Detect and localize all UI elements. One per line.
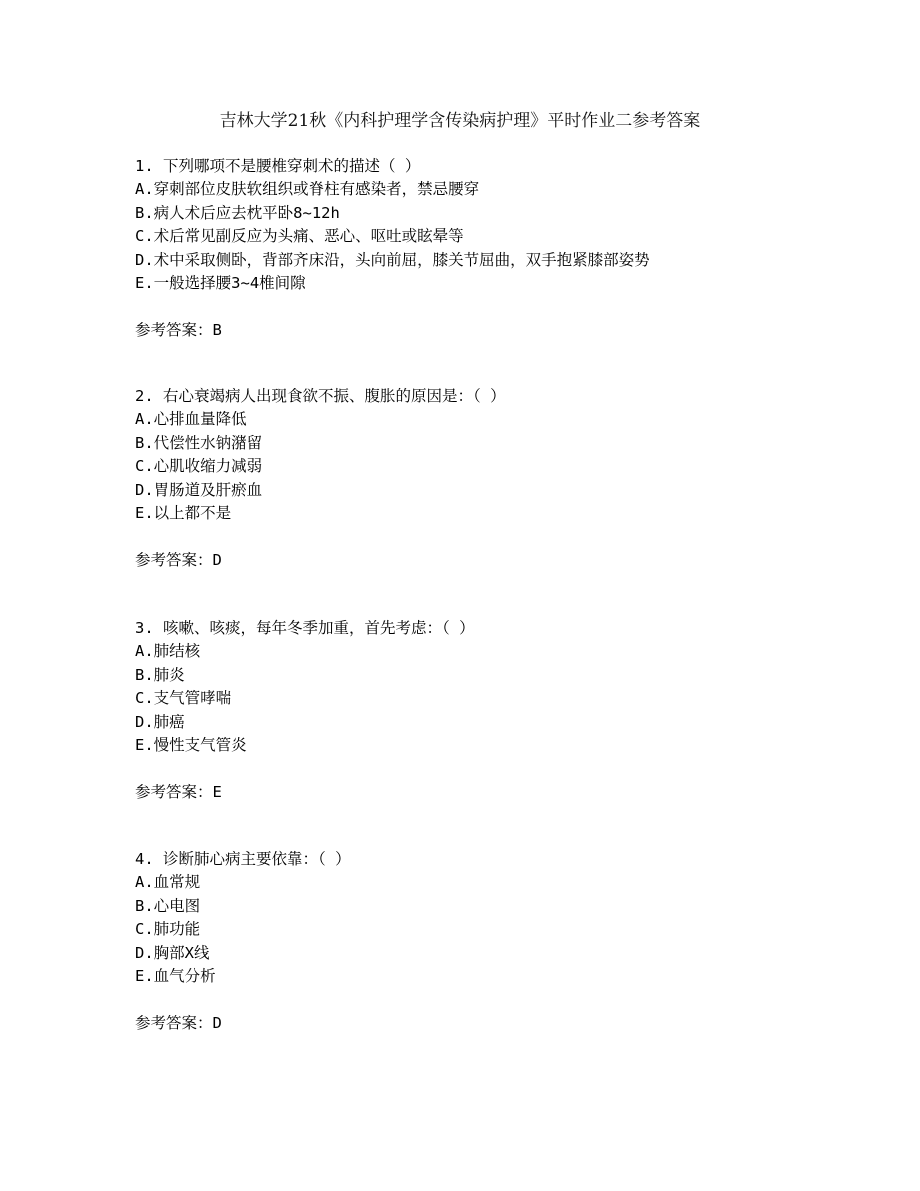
option-e: E.血气分析 [135, 965, 351, 988]
option-a: A.心排血量降低 [135, 408, 506, 431]
option-c: C.术后常见副反应为头痛、恶心、呕吐或眩晕等 [135, 225, 650, 248]
option-b: B.心电图 [135, 895, 351, 918]
question-2: 2. 右心衰竭病人出现食欲不振、腹胀的原因是：（ ） A.心排血量降低 B.代偿… [135, 385, 506, 572]
question-stem: 2. 右心衰竭病人出现食欲不振、腹胀的原因是：（ ） [135, 385, 506, 408]
reference-answer: 参考答案：D [135, 548, 506, 572]
question-1: 1. 下列哪项不是腰椎穿刺术的描述（ ） A.穿刺部位皮肤软组织或脊柱有感染者，… [135, 155, 650, 342]
question-4: 4. 诊断肺心病主要依靠：（ ） A.血常规 B.心电图 C.肺功能 D.胸部X… [135, 848, 351, 1035]
option-c: C.心肌收缩力减弱 [135, 455, 506, 478]
option-d: D.肺癌 [135, 711, 475, 734]
question-stem: 1. 下列哪项不是腰椎穿刺术的描述（ ） [135, 155, 650, 178]
reference-answer: 参考答案：E [135, 780, 475, 804]
option-b: B.病人术后应去枕平卧8~12h [135, 202, 650, 225]
option-d: D.胃肠道及肝瘀血 [135, 479, 506, 502]
option-e: E.以上都不是 [135, 502, 506, 525]
question-stem: 3. 咳嗽、咳痰，每年冬季加重，首先考虑：（ ） [135, 617, 475, 640]
document-title: 吉林大学21秋《内科护理学含传染病护理》平时作业二参考答案 [0, 109, 920, 133]
option-a: A.肺结核 [135, 640, 475, 663]
option-e: E.一般选择腰3~4椎间隙 [135, 272, 650, 295]
option-a: A.血常规 [135, 871, 351, 894]
option-d: D.术中采取侧卧，背部齐床沿，头向前屈，膝关节屈曲，双手抱紧膝部姿势 [135, 249, 650, 272]
question-stem: 4. 诊断肺心病主要依靠：（ ） [135, 848, 351, 871]
option-c: C.肺功能 [135, 918, 351, 941]
option-d: D.胸部X线 [135, 942, 351, 965]
reference-answer: 参考答案：B [135, 318, 650, 342]
option-b: B.代偿性水钠潴留 [135, 432, 506, 455]
option-b: B.肺炎 [135, 664, 475, 687]
option-e: E.慢性支气管炎 [135, 734, 475, 757]
reference-answer: 参考答案：D [135, 1011, 351, 1035]
question-3: 3. 咳嗽、咳痰，每年冬季加重，首先考虑：（ ） A.肺结核 B.肺炎 C.支气… [135, 617, 475, 804]
option-a: A.穿刺部位皮肤软组织或脊柱有感染者，禁忌腰穿 [135, 178, 650, 201]
option-c: C.支气管哮喘 [135, 687, 475, 710]
